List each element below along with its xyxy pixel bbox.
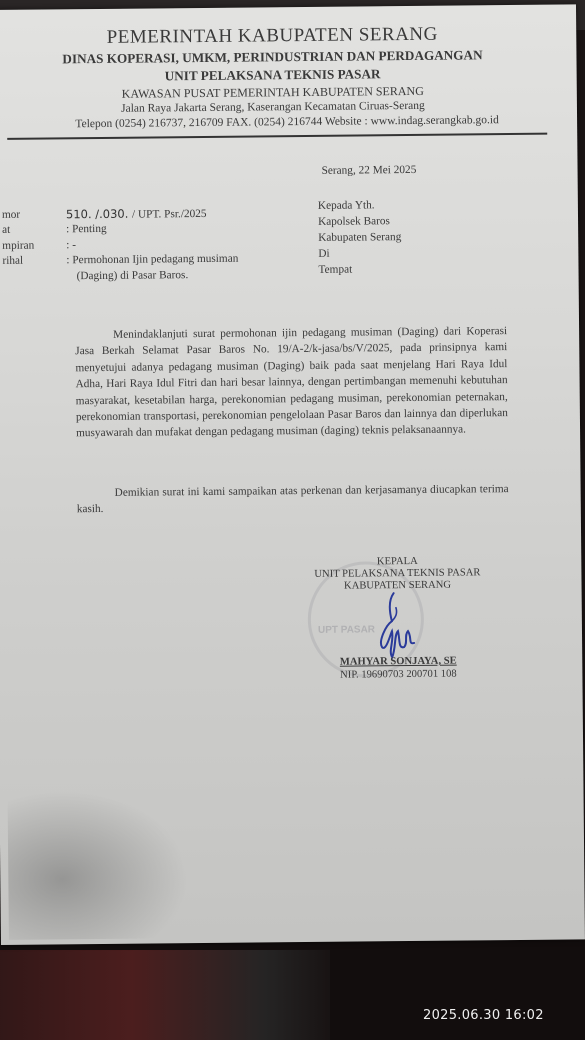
recipient-name: Kapolsek Baros	[318, 215, 390, 228]
perihal-label: rihal	[2, 255, 23, 267]
letter-paper: PEMERINTAH KABUPATEN SERANG DINAS KOPERA…	[0, 4, 585, 945]
recipient-region: Kabupaten Serang	[318, 231, 401, 244]
stamp-text: UPT PASAR	[318, 624, 375, 636]
photo-shadow	[7, 788, 188, 940]
signatory-name: MAHYAR SONJAYA, SE	[298, 655, 498, 669]
body-paragraph-1: Menindaklanjuti surat permohonan ijin pe…	[75, 323, 508, 442]
letterhead-contact: Telepon (0254) 216737, 216709 FAX. (0254…	[7, 113, 567, 130]
nomor-value: 510. /.030. / UPT. Psr./2025	[66, 206, 207, 221]
fabric-background	[0, 950, 330, 1040]
nomor-label: mor	[2, 209, 20, 221]
letterhead-government: PEMERINTAH KABUPATEN SERANG	[0, 23, 552, 50]
recipient-di: Di	[318, 248, 329, 260]
perihal-value-line1: : Permohonan Ijin pedagang musiman	[66, 253, 238, 267]
photo-timestamp: 2025.06.30 16:02	[423, 1008, 544, 1023]
sifat-value: : Penting	[66, 223, 107, 235]
letterhead-divider	[7, 133, 547, 140]
signatory-nip: NIP. 19690703 200701 108	[298, 668, 498, 682]
lampiran-value: : -	[66, 239, 76, 251]
lampiran-label: mpiran	[2, 240, 34, 252]
nomor-handwritten: 510. /.030.	[66, 207, 132, 222]
sifat-label: at	[2, 224, 10, 236]
body-paragraph-2: Demikian surat ini kami sampaikan atas p…	[77, 481, 509, 518]
recipient-greeting: Kepada Yth.	[318, 199, 375, 212]
nomor-printed: / UPT. Psr./2025	[132, 208, 207, 221]
recipient-place: Tempat	[318, 264, 352, 276]
perihal-value-line2: (Daging) di Pasar Baros.	[77, 269, 189, 282]
letter-date: Serang, 22 Mei 2025	[322, 164, 417, 177]
